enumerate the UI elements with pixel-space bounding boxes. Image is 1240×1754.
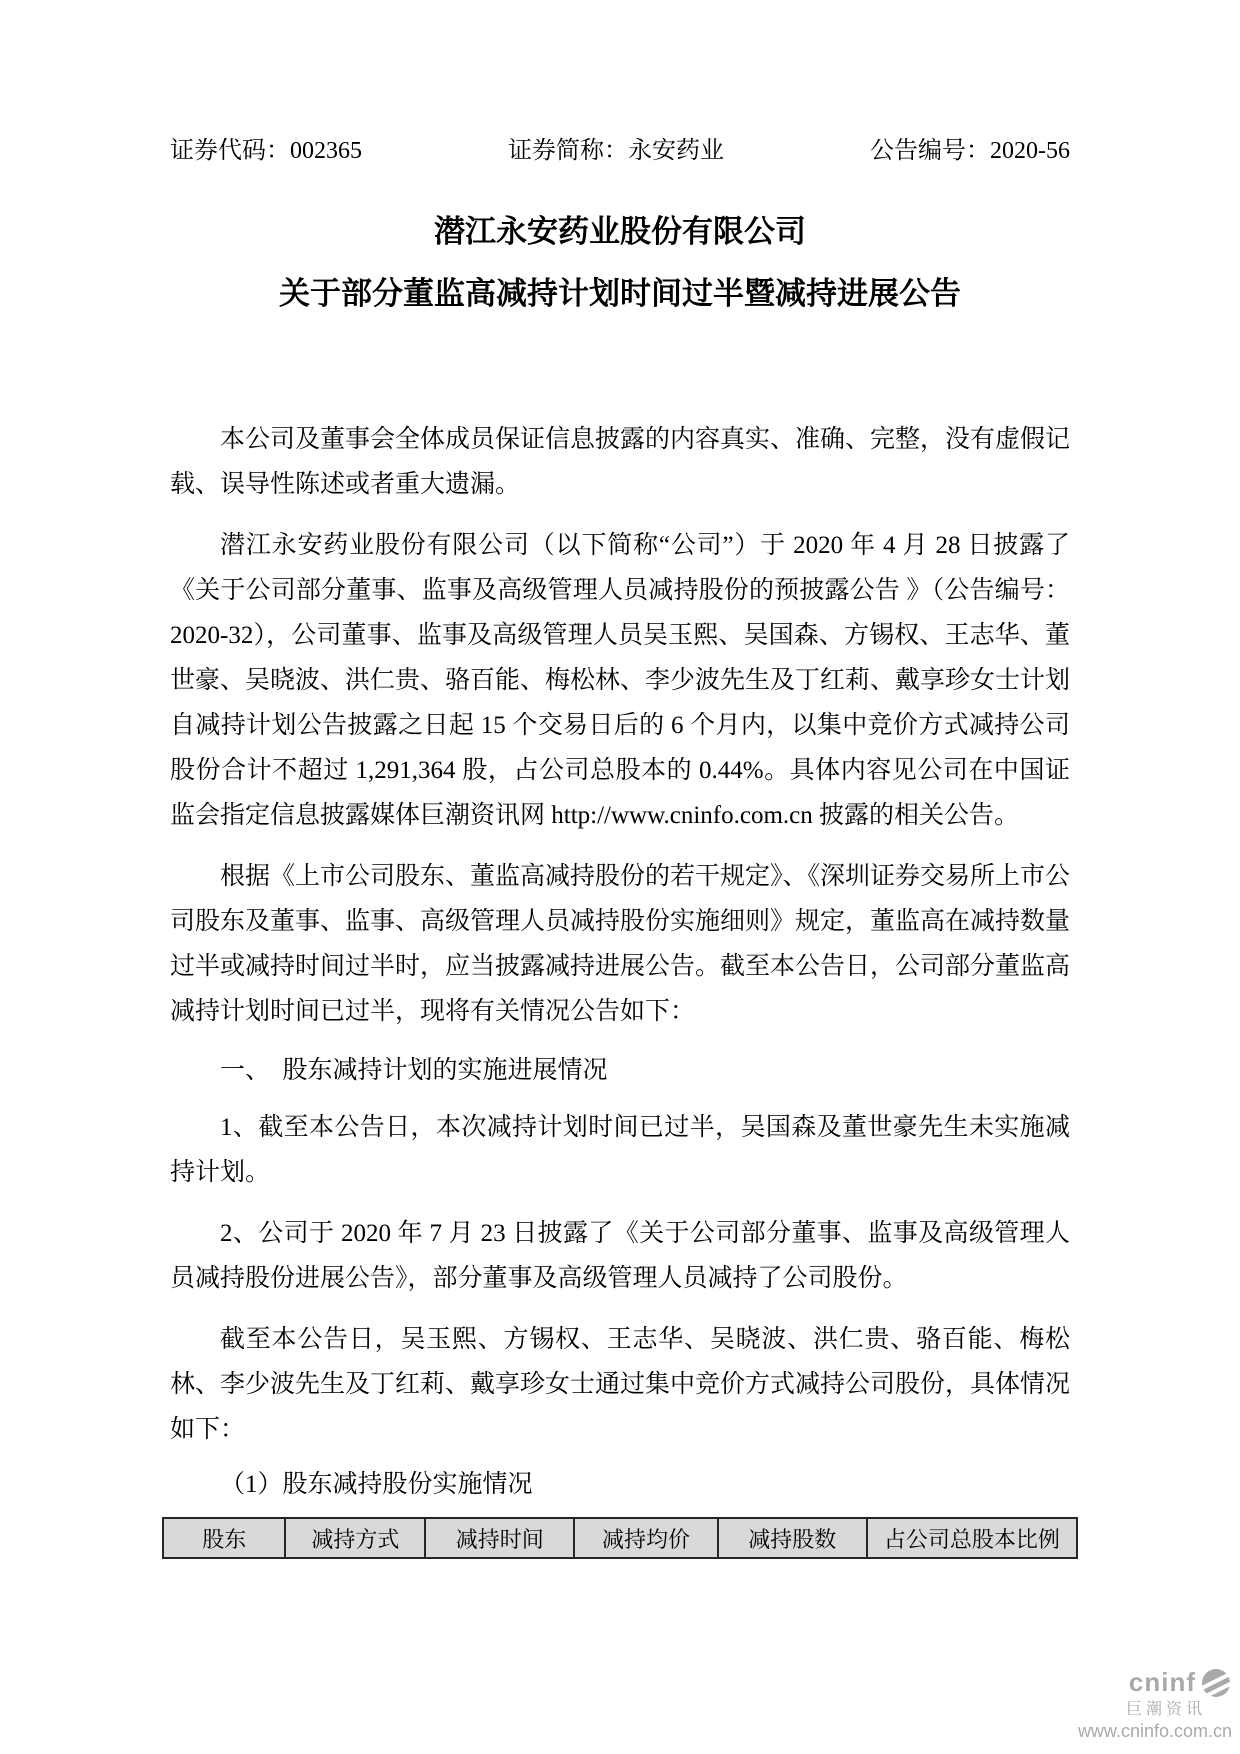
company-title: 潜江永安药业股份有限公司 [170, 212, 1070, 252]
securities-info-line: 证券代码：002365 证券简称：永安药业 公告编号：2020-56 [170, 136, 1070, 166]
paragraph-disclosure: 潜江永安药业股份有限公司（以下简称“公司”）于 2020 年 4 月 28 日披… [170, 523, 1070, 838]
paragraph-progress: 截至本公告日，吴玉熙、方锡权、王志华、吴晓波、洪仁贵、骆百能、梅松林、李少波先生… [170, 1317, 1070, 1452]
announcement-number: 公告编号：2020-56 [870, 136, 1070, 166]
table-header-shares-reduced: 减持股数 [718, 1518, 867, 1558]
paragraph-regulation: 根据《上市公司股东、董监高减持股份的若干规定》、《深圳证券交易所上市公司股东及董… [170, 854, 1070, 1034]
table-header-row: 股东 减持方式 减持时间 减持均价 减持股数 占公司总股本比例 [163, 1518, 1077, 1558]
cninfo-watermark: cninf 巨潮资讯 www.cninfo.com.cn [1078, 1667, 1232, 1742]
announcement-title: 关于部分董监高减持计划时间过半暨减持进展公告 [170, 274, 1070, 314]
table-header-reduction-method: 减持方式 [285, 1518, 425, 1558]
cninfo-swirl-icon [1200, 1667, 1232, 1699]
table-header-average-price: 减持均价 [574, 1518, 717, 1558]
table-header-reduction-time: 减持时间 [425, 1518, 574, 1558]
section-1-heading: 一、 股东减持计划的实施进展情况 [170, 1048, 1070, 1093]
shareholding-reduction-table: 股东 减持方式 减持时间 减持均价 减持股数 占公司总股本比例 [162, 1517, 1078, 1559]
page-content: 证券代码：002365 证券简称：永安药业 公告编号：2020-56 潜江永安药… [170, 136, 1070, 1559]
cninfo-brand-text: cninf [1129, 1668, 1196, 1698]
stock-abbreviation: 证券简称：永安药业 [508, 136, 724, 166]
cninfo-chinese-name: 巨潮资讯 [1078, 1701, 1206, 1719]
paragraph-item-2: 2、公司于 2020 年 7 月 23 日披露了《关于公司部分董事、监事及高级管… [170, 1211, 1070, 1301]
announcement-page: 证券代码：002365 证券简称：永安药业 公告编号：2020-56 潜江永安药… [0, 0, 1240, 1754]
table-header-shareholder: 股东 [163, 1518, 285, 1558]
stock-code: 证券代码：002365 [170, 136, 362, 166]
table-header-percent-of-capital: 占公司总股本比例 [867, 1518, 1077, 1558]
truthfulness-statement: 本公司及董事会全体成员保证信息披露的内容真实、准确、完整，没有虚假记载、误导性陈… [170, 417, 1070, 507]
cninfo-url: www.cninfo.com.cn [1078, 1721, 1232, 1742]
paragraph-item-1: 1、截至本公告日，本次减持计划时间已过半，吴国森及董世豪先生未实施减持计划。 [170, 1105, 1070, 1195]
table-caption: （1）股东减持股份实施情况 [170, 1462, 1070, 1507]
